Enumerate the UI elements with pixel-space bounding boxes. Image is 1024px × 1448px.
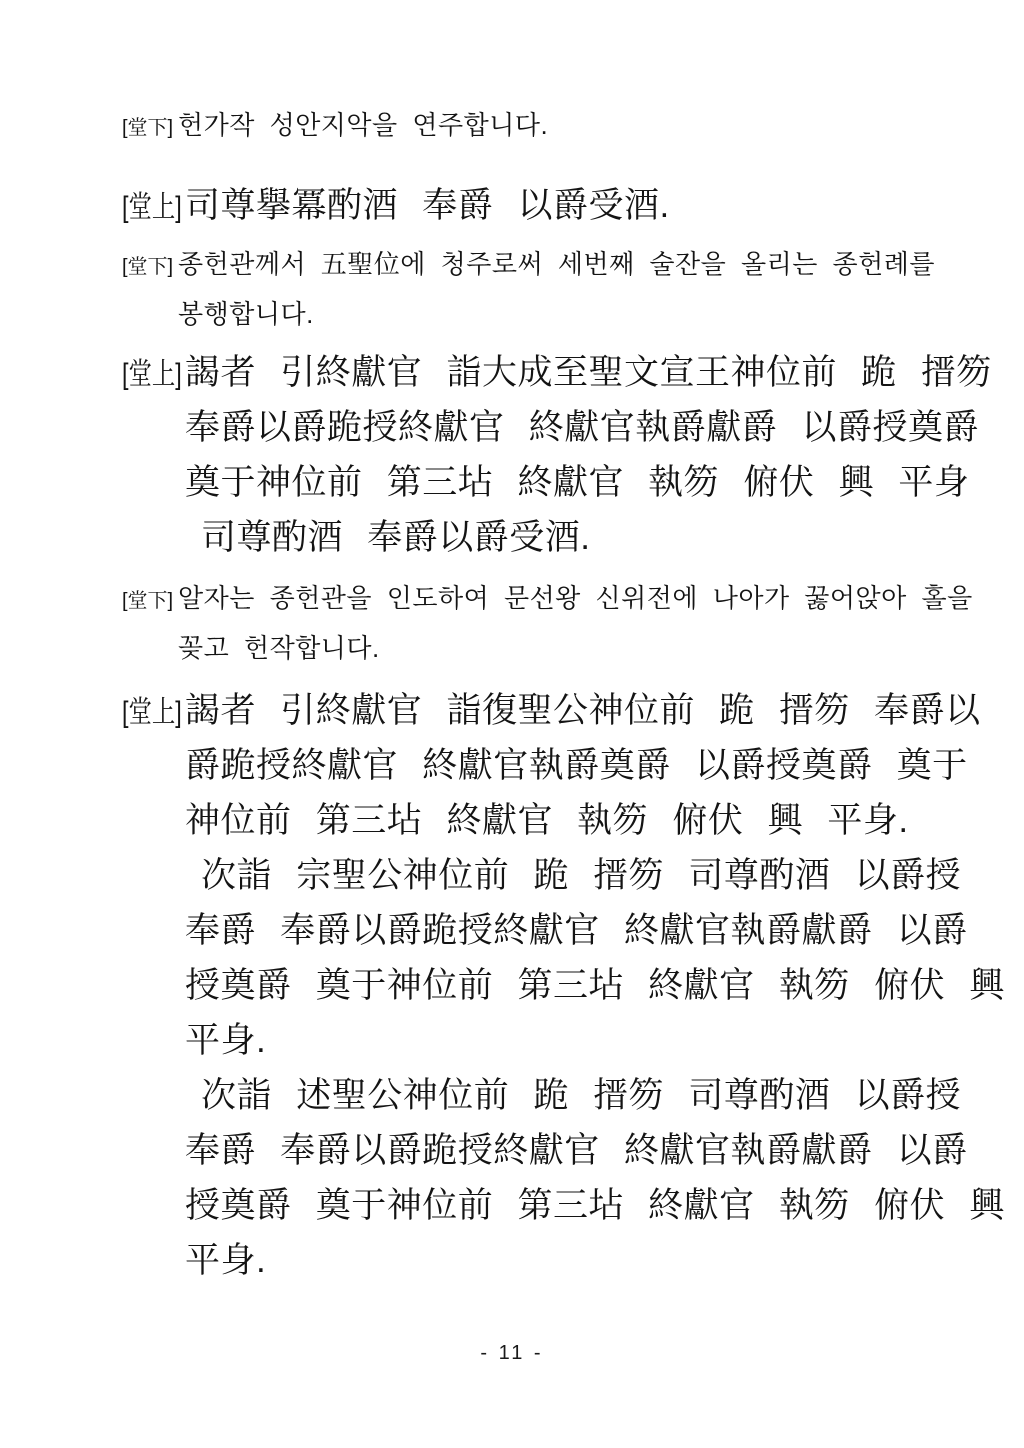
ritual-section: [堂上]謁者 引終獻官 詣復聖公神位前 跪 搢笏 奉爵以爵跪授終獻官 終獻官執爵… bbox=[122, 683, 972, 1288]
page-number: - 11 - bbox=[0, 1342, 1024, 1365]
text-line: 爵跪授終獻官 終獻官執爵奠爵 以爵授奠爵 奠于 bbox=[185, 738, 972, 793]
ritual-section: [堂下]종헌관께서 五聖位에 청주로써 세번째 술잔을 올리는 종헌례를봉행합니… bbox=[122, 239, 972, 339]
text-line: 奉爵以爵跪授終獻官 終獻官執爵獻爵 以爵授奠爵 bbox=[185, 400, 972, 455]
position-label: [堂上] bbox=[122, 349, 171, 393]
section-lines: 謁者 引終獻官 詣復聖公神位前 跪 搢笏 奉爵以爵跪授終獻官 終獻官執爵奠爵 以… bbox=[185, 683, 972, 1288]
text-line: 헌가작 성안지악을 연주합니다. bbox=[178, 100, 972, 150]
position-label: [堂下] bbox=[122, 111, 178, 140]
section-lines: 謁者 引終獻官 詣大成至聖文宣王神位前 跪 搢笏奉爵以爵跪授終獻官 終獻官執爵獻… bbox=[185, 345, 972, 565]
ritual-section: [堂上]謁者 引終獻官 詣大成至聖文宣王神位前 跪 搢笏奉爵以爵跪授終獻官 終獻… bbox=[122, 345, 972, 565]
text-line: 꽂고 헌작합니다. bbox=[178, 623, 972, 673]
text-line: 알자는 종헌관을 인도하여 문선왕 신위전에 나아가 꿇어앉아 홀을 bbox=[178, 573, 972, 623]
ritual-section: [堂上]司尊擧冪酌酒 奉爵 以爵受酒. bbox=[122, 178, 972, 233]
text-line: 奉爵 奉爵以爵跪授終獻官 終獻官執爵獻爵 以爵 bbox=[185, 1123, 972, 1178]
text-line: 司尊擧冪酌酒 奉爵 以爵受酒. bbox=[185, 178, 972, 233]
text-line: 奉爵 奉爵以爵跪授終獻官 終獻官執爵獻爵 以爵 bbox=[185, 903, 972, 958]
text-line: 平身. bbox=[185, 1013, 972, 1068]
text-line: 謁者 引終獻官 詣復聖公神位前 跪 搢笏 奉爵以 bbox=[185, 683, 972, 738]
text-line: 授奠爵 奠于神位前 第三坫 終獻官 執笏 俯伏 興 bbox=[185, 958, 972, 1013]
ritual-section: [堂下]헌가작 성안지악을 연주합니다. bbox=[122, 100, 972, 150]
text-line: 司尊酌酒 奉爵以爵受酒. bbox=[185, 510, 972, 565]
text-line: 謁者 引終獻官 詣大成至聖文宣王神位前 跪 搢笏 bbox=[185, 345, 972, 400]
text-line: 奠于神位前 第三坫 終獻官 執笏 俯伏 興 平身 bbox=[185, 455, 972, 510]
document-body: [堂下]헌가작 성안지악을 연주합니다.[堂上]司尊擧冪酌酒 奉爵 以爵受酒.[… bbox=[122, 100, 972, 1288]
text-line: 神位前 第三坫 終獻官 執笏 俯伏 興 平身. bbox=[185, 793, 972, 848]
position-label: [堂上] bbox=[122, 687, 171, 731]
ritual-section: [堂下]알자는 종헌관을 인도하여 문선왕 신위전에 나아가 꿇어앉아 홀을꽂고… bbox=[122, 573, 972, 673]
text-line: 종헌관께서 五聖位에 청주로써 세번째 술잔을 올리는 종헌례를 bbox=[178, 239, 972, 289]
position-label: [堂下] bbox=[122, 584, 178, 613]
document-page: [堂下]헌가작 성안지악을 연주합니다.[堂上]司尊擧冪酌酒 奉爵 以爵受酒.[… bbox=[0, 0, 1024, 1448]
text-line: 次詣 述聖公神位前 跪 搢笏 司尊酌酒 以爵授 bbox=[185, 1068, 972, 1123]
text-line: 平身. bbox=[185, 1233, 972, 1288]
section-lines: 헌가작 성안지악을 연주합니다. bbox=[178, 100, 972, 150]
section-lines: 종헌관께서 五聖位에 청주로써 세번째 술잔을 올리는 종헌례를봉행합니다. bbox=[178, 239, 972, 339]
text-line: 봉행합니다. bbox=[178, 289, 972, 339]
section-lines: 알자는 종헌관을 인도하여 문선왕 신위전에 나아가 꿇어앉아 홀을꽂고 헌작합… bbox=[178, 573, 972, 673]
text-line: 次詣 宗聖公神位前 跪 搢笏 司尊酌酒 以爵授 bbox=[185, 848, 972, 903]
position-label: [堂上] bbox=[122, 182, 171, 226]
position-label: [堂下] bbox=[122, 250, 178, 279]
text-line: 授奠爵 奠于神位前 第三坫 終獻官 執笏 俯伏 興 bbox=[185, 1178, 972, 1233]
section-lines: 司尊擧冪酌酒 奉爵 以爵受酒. bbox=[185, 178, 972, 233]
